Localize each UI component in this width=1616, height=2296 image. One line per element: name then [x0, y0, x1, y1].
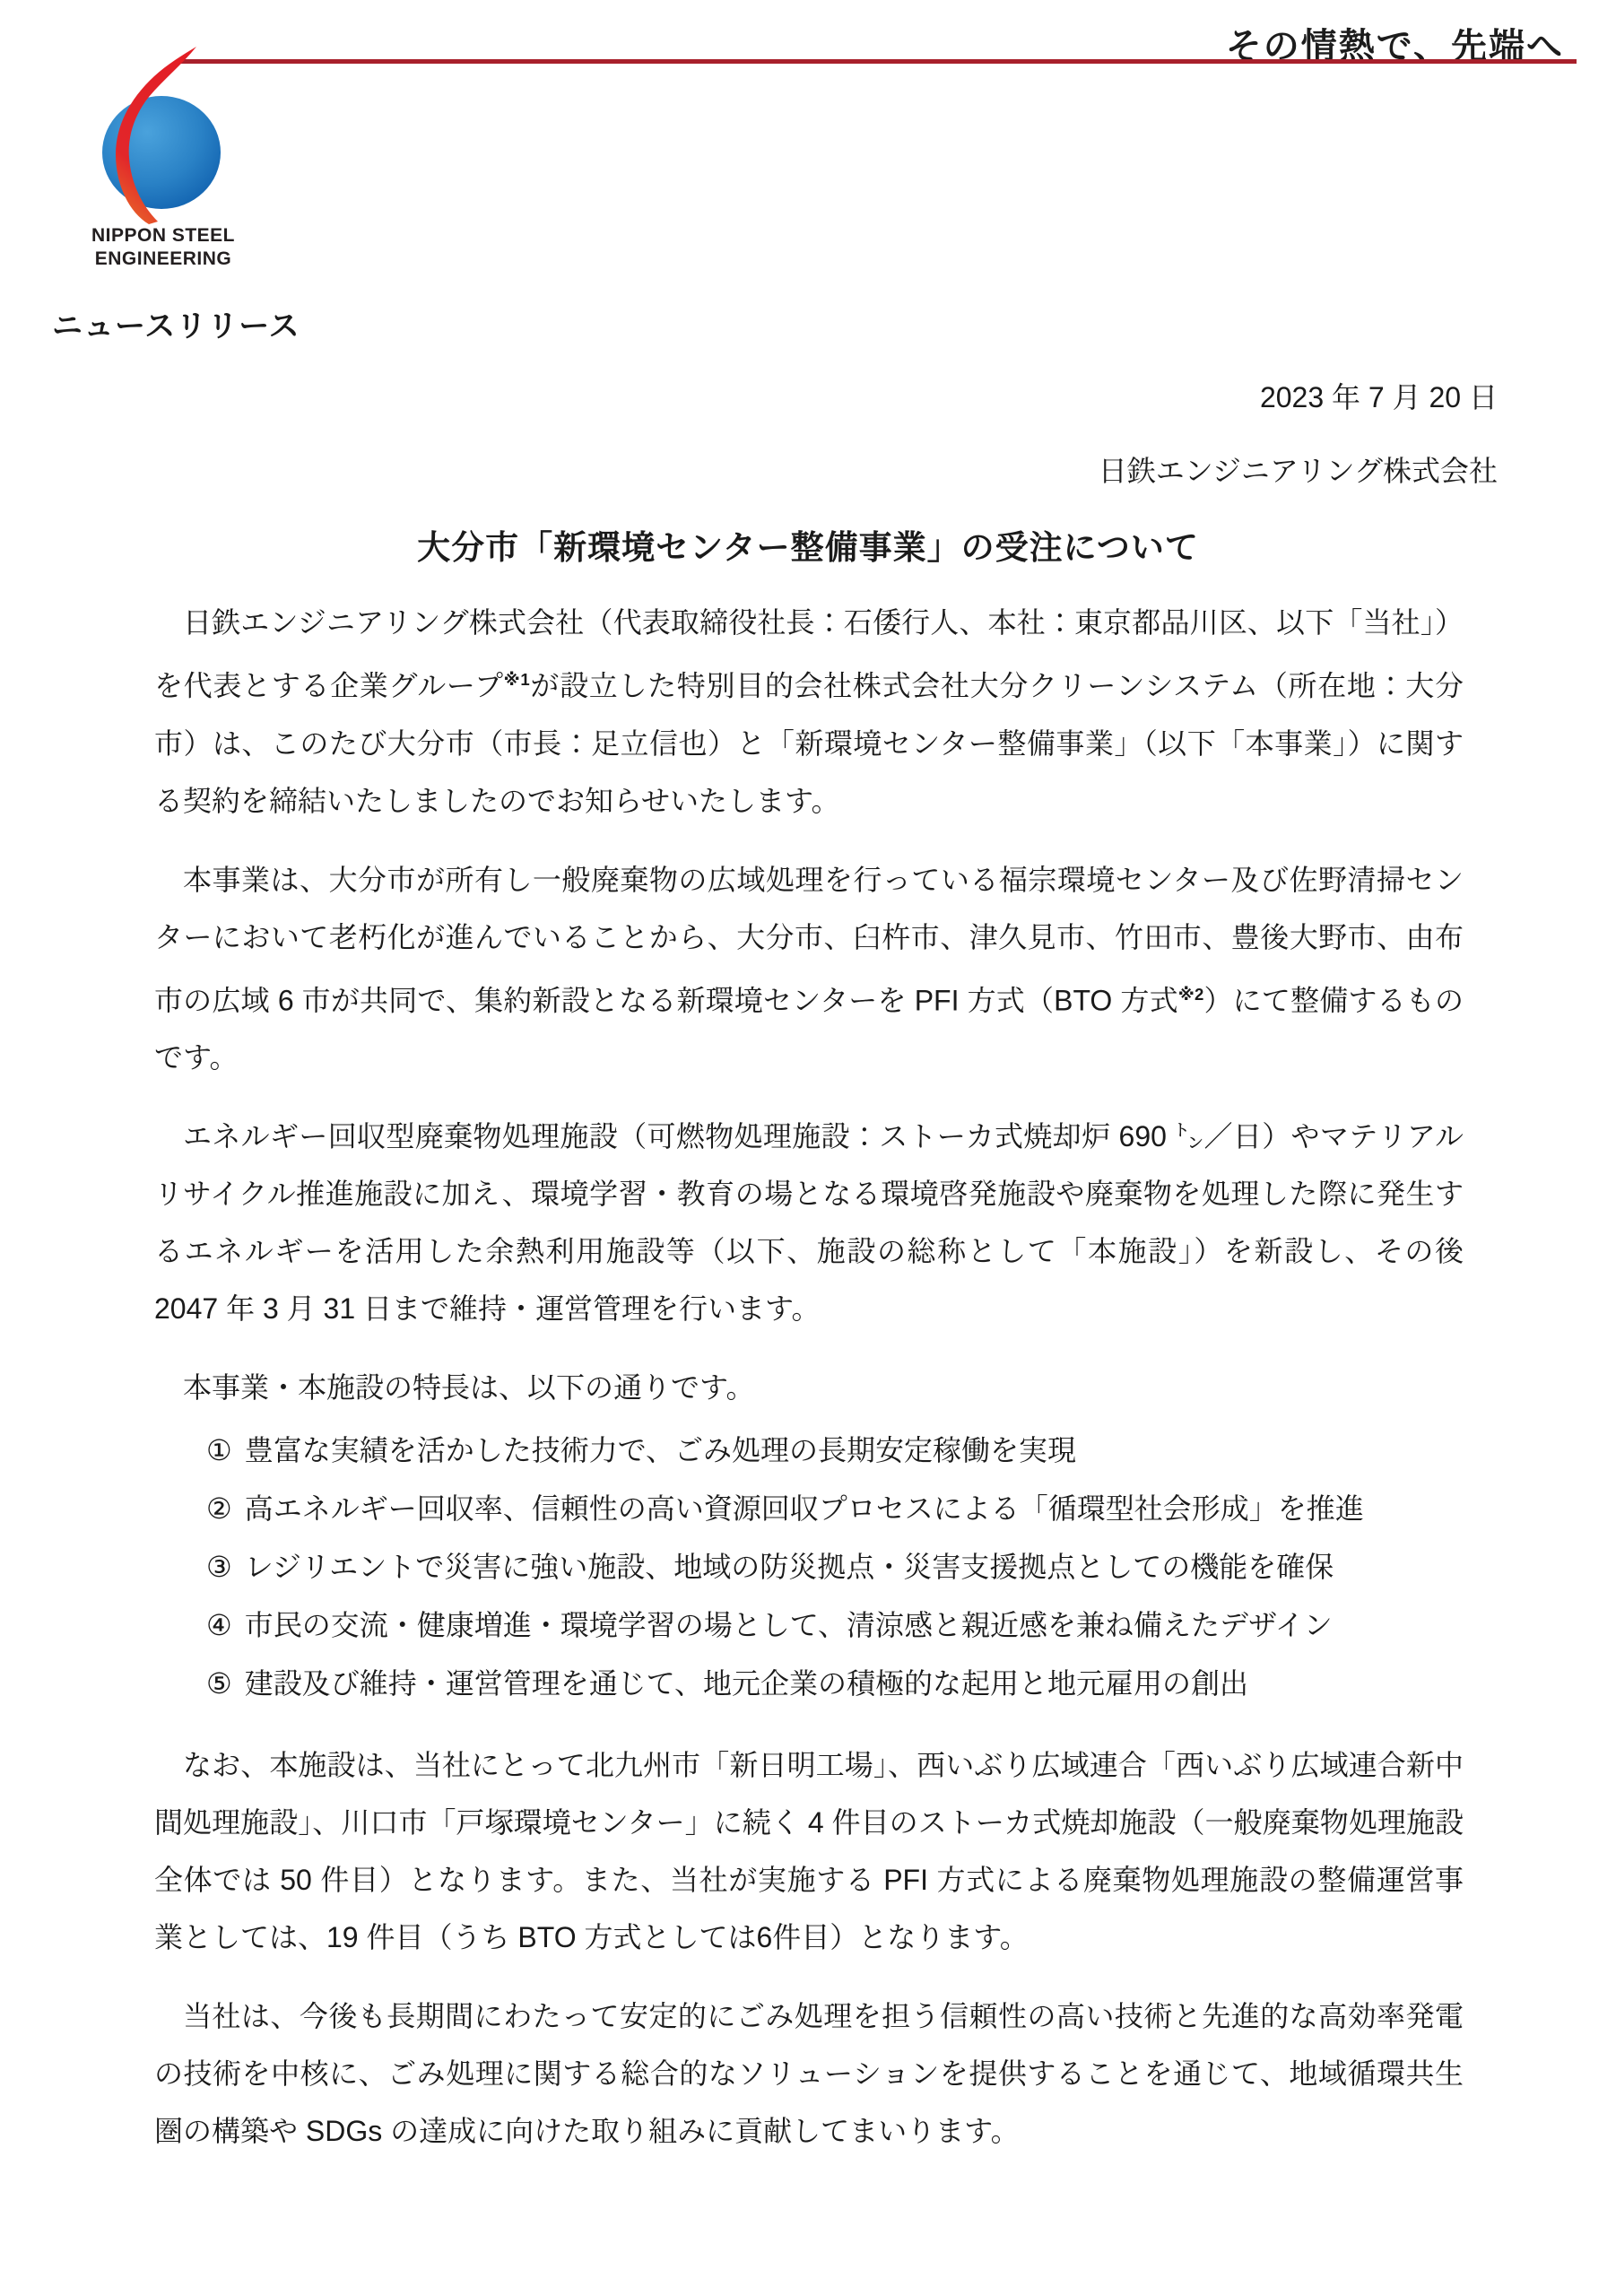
release-date: 2023 年 7 月 20 日 [1260, 375, 1498, 416]
feature-item-3: ③レジリエントで災害に強い施設、地域の防災拠点・災害支援拠点としての機能を確保 [206, 1538, 1464, 1596]
news-release-label: ニュースリリース [52, 301, 300, 345]
feature-text-4: 市民の交流・健康増進・環境学習の場として、清涼感と親近感を兼ね備えたデザイン [245, 1609, 1333, 1641]
feature-num-5: ⑤ [206, 1667, 232, 1700]
feature-num-2: ② [206, 1492, 232, 1525]
paragraph-project-overview: 本事業は、大分市が所有し一般廃棄物の広域処理を行っている福宗環境センター及び佐野… [154, 851, 1464, 1087]
header-rule [179, 59, 1577, 64]
logo-line-1: NIPPON STEEL [86, 224, 240, 248]
footnote-ref-1: ※1 [504, 670, 530, 689]
feature-item-5: ⑤建設及び維持・運営管理を通じて、地元企業の積極的な起用と地元雇用の創出 [206, 1655, 1464, 1713]
feature-item-2: ②高エネルギー回収率、信頼性の高い資源回収プロセスによる「循環型社会形成」を推進 [206, 1480, 1464, 1538]
paragraph-closing: 当社は、今後も長期間にわたって安定的にごみ処理を担う信頼性の高い技術と先進的な高… [154, 1987, 1464, 2160]
paragraph-facility-details: エネルギー回収型廃棄物処理施設（可燃物処理施設：ストーカ式焼却炉 690 ㌧／日… [154, 1108, 1464, 1337]
feature-text-1: 豊富な実績を活かした技術力で、ごみ処理の長期安定稼働を実現 [245, 1434, 1076, 1466]
paragraph-announcement: 日鉄エンジニアリング株式会社（代表取締役社長：石倭行人、本社：東京都品川区、以下… [154, 594, 1464, 830]
feature-text-2: 高エネルギー回収率、信頼性の高い資源回収プロセスによる「循環型社会形成」を推進 [245, 1492, 1364, 1525]
feature-num-1: ① [206, 1434, 232, 1466]
feature-list: ①豊富な実績を活かした技術力で、ごみ処理の長期安定稼働を実現 ②高エネルギー回収… [154, 1422, 1464, 1713]
document-title: 大分市「新環境センター整備事業」の受注について [0, 520, 1616, 569]
feature-text-5: 建設及び維持・運営管理を通じて、地元企業の積極的な起用と地元雇用の創出 [245, 1667, 1248, 1700]
feature-text-3: レジリエントで災害に強い施設、地域の防災拠点・災害支援拠点としての機能を確保 [245, 1551, 1334, 1583]
paragraph-track-record: なお、本施設は、当社にとって北九州市「新日明工場」、西いぶり広域連合「西いぶり広… [154, 1736, 1464, 1966]
footnote-ref-2: ※2 [1178, 985, 1204, 1004]
features-intro: 本事業・本施設の特長は、以下の通りです。 [154, 1359, 1464, 1416]
feature-item-1: ①豊富な実績を活かした技術力で、ごみ処理の長期安定稼働を実現 [206, 1422, 1464, 1480]
press-release-page: その情熱で、先端へ NIPPON STEEL ENGINEERING [0, 0, 1616, 2296]
company-logo-icon [95, 38, 231, 228]
feature-num-4: ④ [206, 1609, 232, 1641]
company-logo-wordmark: NIPPON STEEL ENGINEERING [86, 224, 240, 272]
feature-item-4: ④市民の交流・健康増進・環境学習の場として、清涼感と親近感を兼ね備えたデザイン [206, 1596, 1464, 1655]
logo-line-2: ENGINEERING [86, 248, 240, 271]
issuing-company: 日鉄エンジニアリング株式会社 [1099, 448, 1498, 490]
document-body: 日鉄エンジニアリング株式会社（代表取締役社長：石倭行人、本社：東京都品川区、以下… [154, 594, 1464, 2160]
feature-num-3: ③ [206, 1551, 232, 1583]
